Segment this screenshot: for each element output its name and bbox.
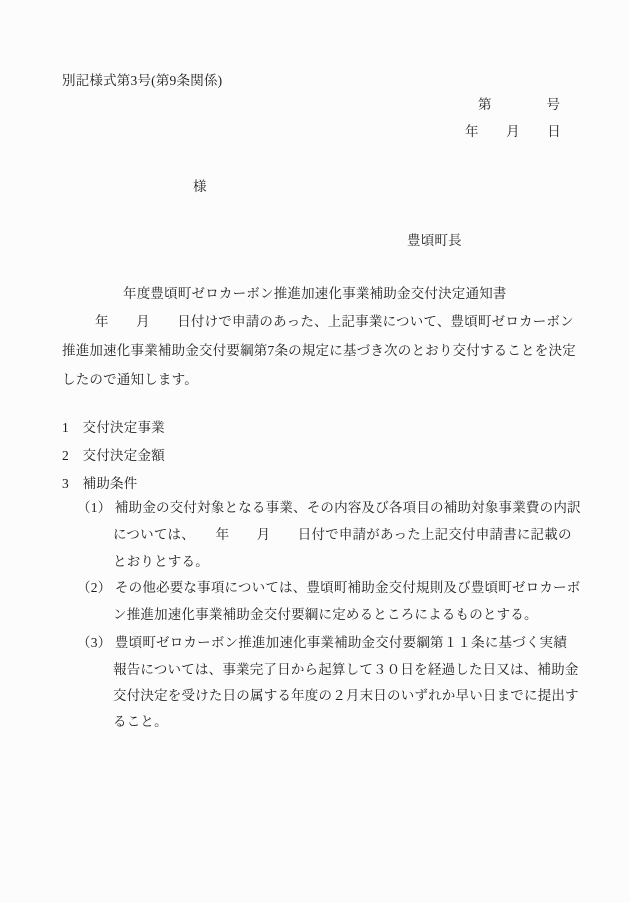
document-title: 年度豊頃町ゼロカーボン推進加速化事業補助金交付決定通知書 [123, 286, 507, 302]
body-paragraph-line-1: 年 月 日付けで申請のあった、上記事業について、豊頃町ゼロカーボン [95, 314, 574, 330]
condition-3-line-4: ること。 [113, 714, 168, 730]
body-paragraph-line-3: したので通知します。 [62, 372, 198, 388]
document-page: 別記様式第3号(第9条関係)第 号年 月 日様豊頃町長年度豊頃町ゼロカーボン推進… [0, 0, 630, 903]
condition-1-line-2: については、 年 月 日付で申請があった上記交付申請書に記載の [113, 527, 572, 543]
item-1: 1 交付決定事業 [62, 420, 165, 436]
condition-2-line-2: ン推進加速化事業補助金交付要綱に定めるところによるものとする。 [113, 607, 538, 623]
date-line: 年 月 日 [465, 124, 561, 140]
condition-2-line-1: （2） その他必要な事項については、豊頃町補助金交付規則及び豊頃町ゼロカーボ [77, 580, 580, 596]
form-reference: 別記様式第3号(第9条関係) [62, 73, 222, 89]
condition-1-line-1: （1） 補助金の交付対象となる事業、その内容及び各項目の補助対象事業費の内訳 [77, 500, 581, 516]
addressee-honorific: 様 [193, 179, 207, 195]
condition-3-line-2: 報告については、事業完了日から起算して３０日を経過した日又は、補助金 [113, 662, 579, 678]
condition-1-line-3: とおりとする。 [113, 554, 209, 570]
condition-3-line-1: （3） 豊頃町ゼロカーボン推進加速化事業補助金交付要綱第１１条に基づく実績 [77, 635, 567, 651]
sender-title: 豊頃町長 [407, 233, 462, 249]
body-paragraph-line-2: 推進加速化事業補助金交付要綱第7条の規定に基づき次のとおり交付することを決定 [62, 343, 576, 359]
item-3: 3 補助条件 [62, 476, 137, 492]
condition-3-line-3: 交付決定を受けた日の属する年度の２月末日のいずれか早い日までに提出す [113, 688, 579, 704]
item-2: 2 交付決定金額 [62, 448, 165, 464]
document-number-line: 第 号 [478, 97, 560, 113]
